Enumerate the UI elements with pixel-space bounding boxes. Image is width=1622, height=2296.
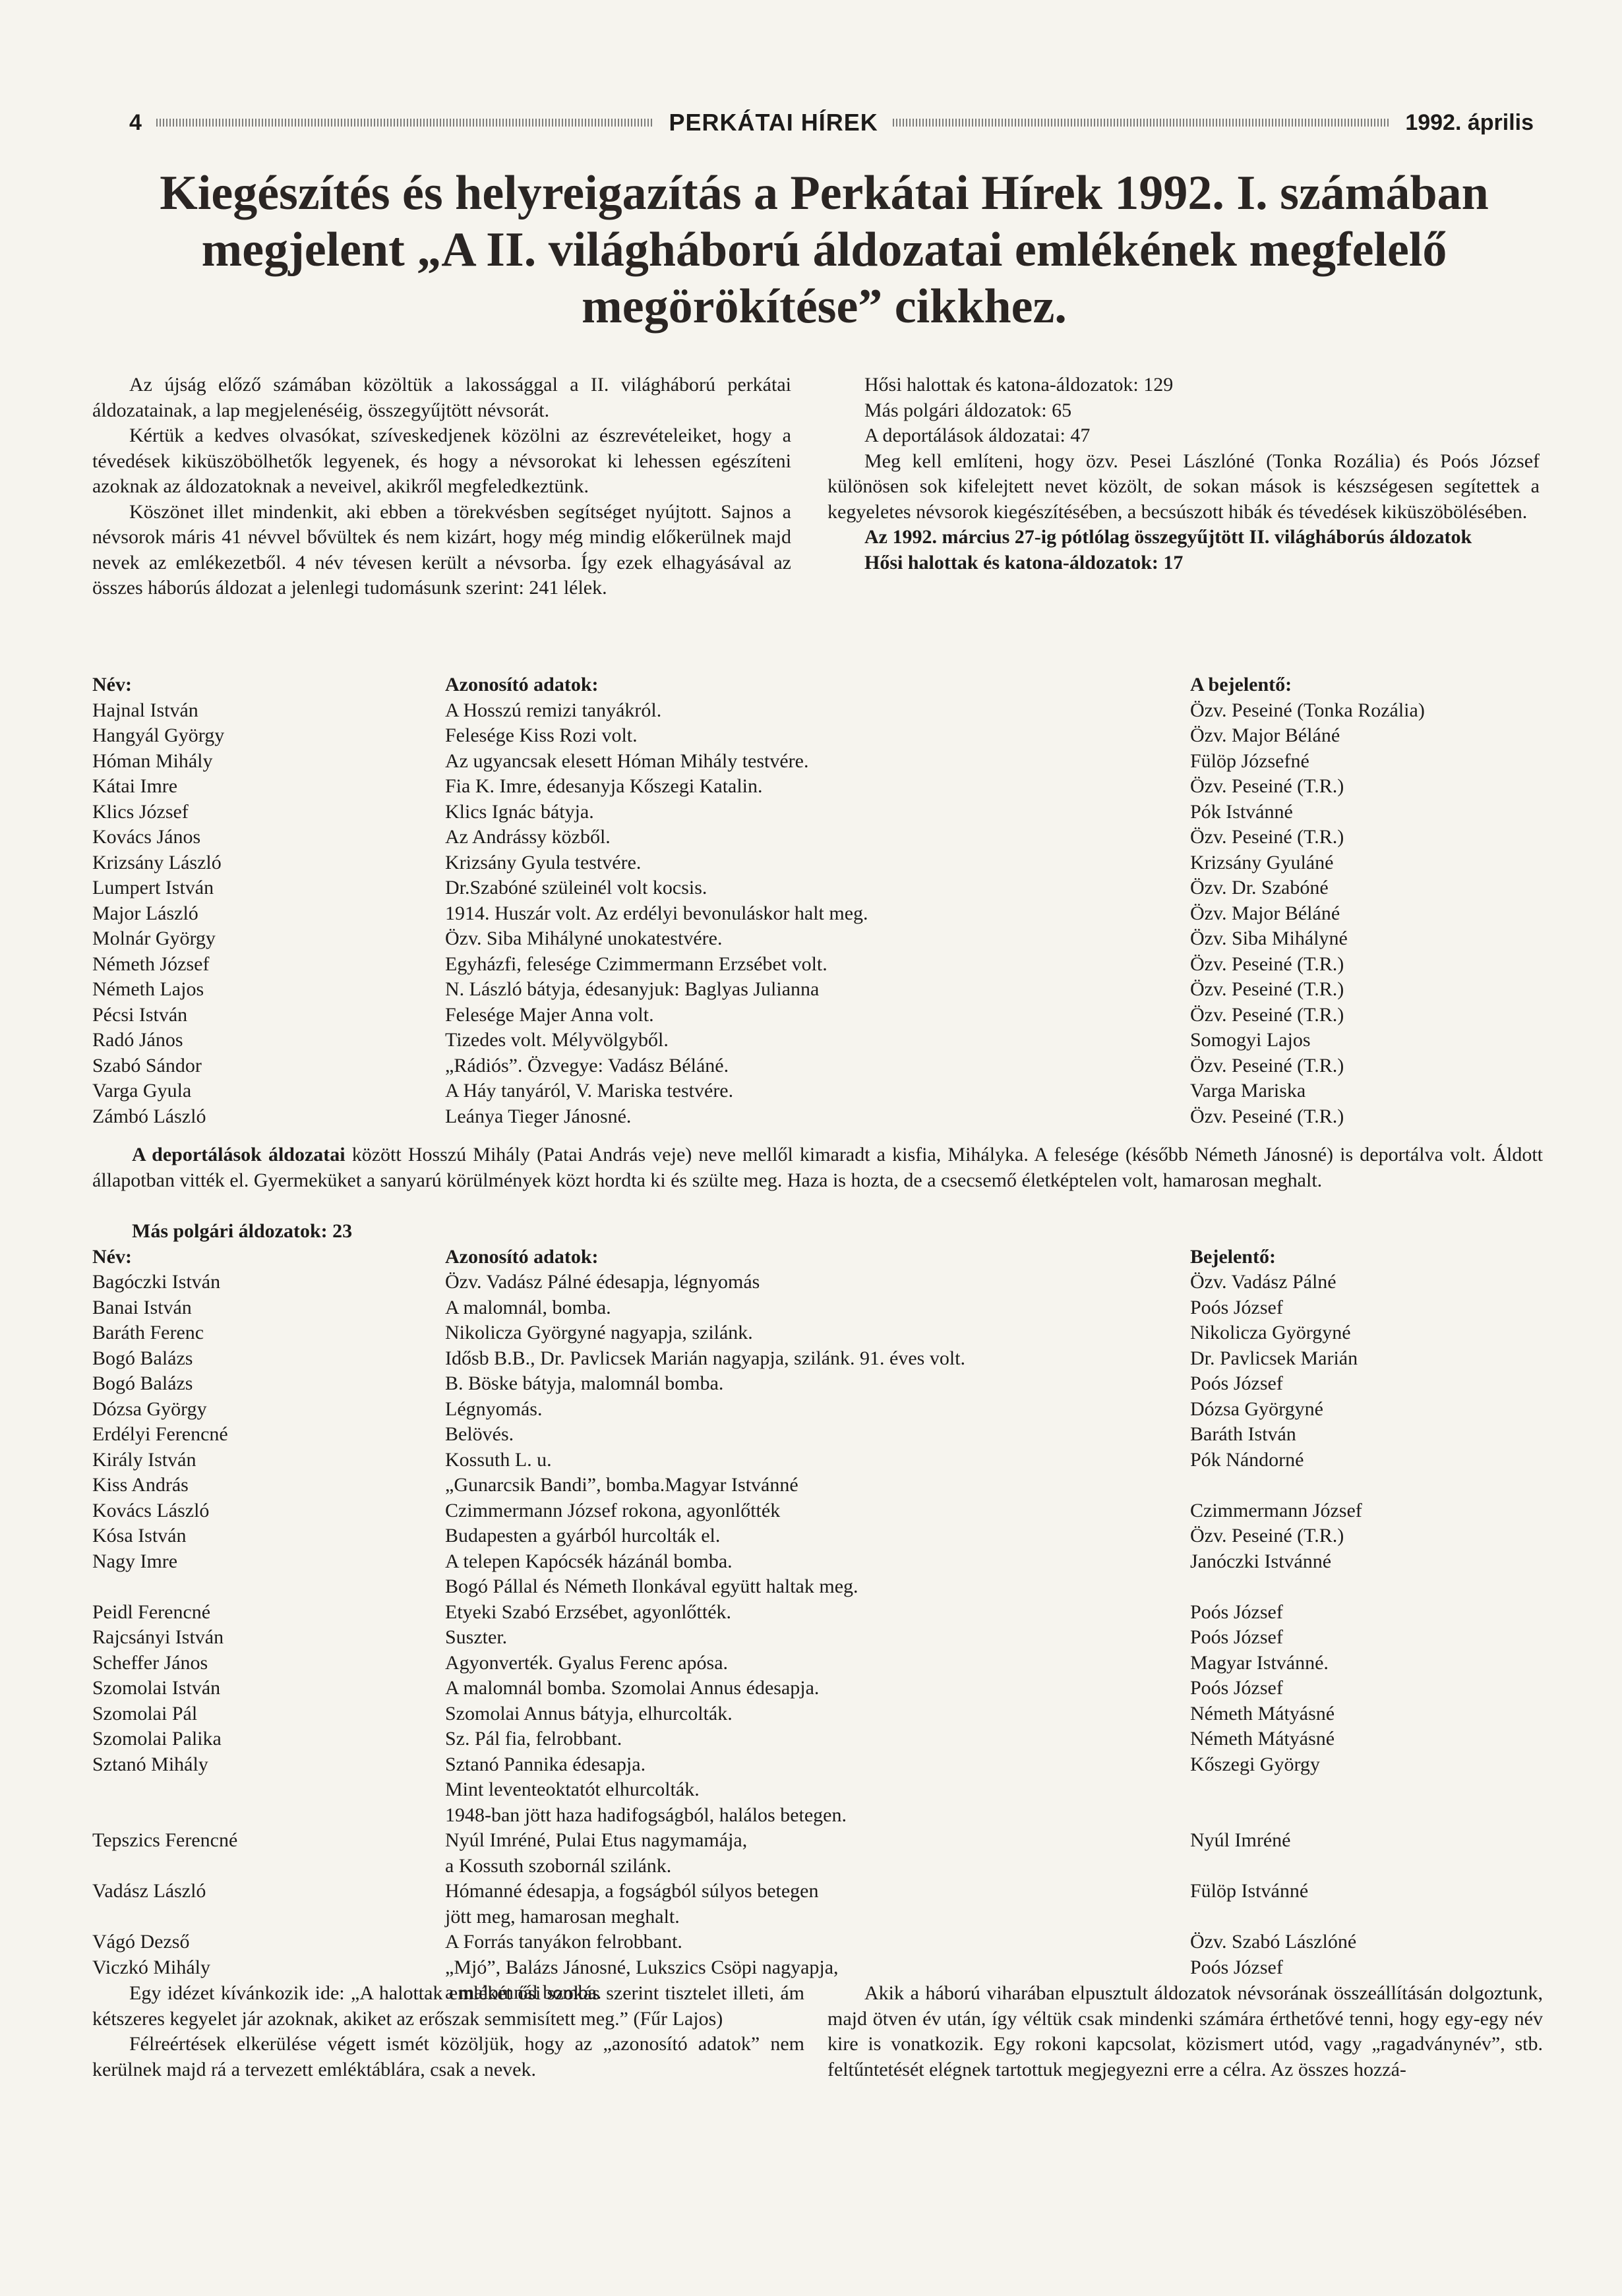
reporter-name: Nyúl Imréné <box>1190 1828 1543 1854</box>
reporter-name: Özv. Peseiné (T.R.) <box>1190 1003 1543 1028</box>
deportation-lead: A deportálások áldozatai <box>132 1144 345 1165</box>
reporter-name: Özv. Peseiné (T.R.) <box>1190 1523 1543 1549</box>
col-id-header: Azonosító adatok: <box>445 672 1190 698</box>
victim-name: Scheffer János <box>92 1651 445 1676</box>
reporter-name: Baráth István <box>1190 1422 1543 1448</box>
reporter-name <box>1190 1574 1543 1600</box>
table-row: Sztanó MihálySztanó Pannika édesapja.Kős… <box>92 1752 1543 1778</box>
reporter-name: Poós József <box>1190 1955 1543 1981</box>
table-row: Pécsi IstvánFelesége Majer Anna volt.Özv… <box>92 1003 1543 1028</box>
identifying-data: Nikolicza Györgyné nagyapja, szilánk. <box>445 1320 1190 1346</box>
reporter-name: Czimmermann József <box>1190 1498 1543 1524</box>
identifying-data: Suszter. <box>445 1625 1190 1651</box>
identifying-data: Az Andrássy közből. <box>445 825 1190 850</box>
identifying-data: Szomolai Annus bátyja, elhurcolták. <box>445 1701 1190 1727</box>
table-row: Hangyál GyörgyFelesége Kiss Rozi volt.Öz… <box>92 723 1543 749</box>
table-row: Vadász LászlóHómanné édesapja, a fogságb… <box>92 1879 1543 1904</box>
identifying-data: Az ugyancsak elesett Hóman Mihály testvé… <box>445 749 1190 775</box>
table-row: Kiss András„Gunarcsik Bandi”, bomba.Magy… <box>92 1473 1543 1498</box>
reporter-name: Özv. Peseiné (T.R.) <box>1190 825 1543 850</box>
table-row: a Kossuth szobornál szilánk. <box>92 1854 1543 1879</box>
victim-name <box>92 1854 445 1879</box>
table-row: Kovács JánosAz Andrássy közből.Özv. Pese… <box>92 825 1543 850</box>
intro-left-column: Az újság előző számában közöltük a lakos… <box>92 372 791 601</box>
reporter-name: Özv. Szabó Lászlóné <box>1190 1929 1543 1955</box>
victim-name: Kátai Imre <box>92 774 445 800</box>
reporter-name: Özv. Dr. Szabóné <box>1190 875 1543 901</box>
identifying-data: Felesége Majer Anna volt. <box>445 1003 1190 1028</box>
reporter-name <box>1190 1854 1543 1879</box>
victim-name: Szomolai Pál <box>92 1701 445 1727</box>
identifying-data: Idősb B.B., Dr. Pavlicsek Marián nagyapj… <box>445 1346 1190 1372</box>
count-line: Más polgári áldozatok: 65 <box>827 398 1540 424</box>
section-heading: Más polgári áldozatok: 23 <box>92 1219 1543 1245</box>
victim-name: Tepszics Ferencné <box>92 1828 445 1854</box>
intro-paragraph: Köszönet illet mindenkit, aki ebben a tö… <box>92 500 791 601</box>
identifying-data: Dr.Szabóné szüleinél volt kocsis. <box>445 875 1190 901</box>
identifying-data: Belövés. <box>445 1422 1190 1448</box>
identifying-data: Özv. Vadász Pálné édesapja, légnyomás <box>445 1270 1190 1295</box>
identifying-data: A Háy tanyáról, V. Mariska testvére. <box>445 1078 1190 1104</box>
civilians-table: Más polgári áldozatok: 23 Név: Azonosító… <box>92 1219 1543 2006</box>
identifying-data: Egyházfi, felesége Czimmermann Erzsébet … <box>445 952 1190 978</box>
reporter-name: Németh Mátyásné <box>1190 1726 1543 1752</box>
soldiers-table: Név: Azonosító adatok: A bejelentő: Hajn… <box>92 672 1543 1129</box>
victim-name: Bagóczki István <box>92 1270 445 1295</box>
table-row: Tepszics FerencnéNyúl Imréné, Pulai Etus… <box>92 1828 1543 1854</box>
count-line: Hősi halottak és katona-áldozatok: 129 <box>827 372 1540 398</box>
reporter-name: Özv. Major Béláné <box>1190 901 1543 927</box>
victim-name: Viczkó Mihály <box>92 1955 445 1981</box>
table-row: Erdélyi FerencnéBelövés.Baráth István <box>92 1422 1543 1448</box>
victim-name: Kósa István <box>92 1523 445 1549</box>
identifying-data: 1914. Huszár volt. Az erdélyi bevonulásk… <box>445 901 1190 927</box>
reporter-name: Poós József <box>1190 1295 1543 1321</box>
victim-name: Molnár György <box>92 926 445 952</box>
reporter-name: Dr. Pavlicsek Marián <box>1190 1346 1543 1372</box>
victim-name: Hangyál György <box>92 723 445 749</box>
intro-right-column: Hősi halottak és katona-áldozatok: 129 M… <box>827 372 1540 575</box>
identifying-data: Krizsány Gyula testvére. <box>445 850 1190 876</box>
victim-name: Hajnal István <box>92 698 445 724</box>
victim-name: Krizsány László <box>92 850 445 876</box>
reporter-name: Fülöp Józsefné <box>1190 749 1543 775</box>
reporter-name: Özv. Peseiné (T.R.) <box>1190 1104 1543 1130</box>
page-header: 4 PERKÁTAI HÍREK 1992. április <box>129 105 1534 140</box>
victim-name: Peidl Ferencné <box>92 1600 445 1626</box>
victim-name: Kovács János <box>92 825 445 850</box>
identifying-data: „Gunarcsik Bandi”, bomba.Magyar Istvánné <box>445 1473 1190 1498</box>
deportation-paragraph: A deportálások áldozatai között Hosszú M… <box>92 1142 1543 1193</box>
identifying-data: A malomnál, bomba. <box>445 1295 1190 1321</box>
table-row: Dózsa GyörgyLégnyomás.Dózsa Györgyné <box>92 1397 1543 1423</box>
identifying-data: Klics Ignác bátyja. <box>445 800 1190 825</box>
table-row: Mint leventeoktatót elhurcolták. <box>92 1777 1543 1803</box>
table-row: Kátai ImreFia K. Imre, édesanyja Kőszegi… <box>92 774 1543 800</box>
identifying-data: Tizedes volt. Mélyvölgyből. <box>445 1028 1190 1053</box>
victim-name: Banai István <box>92 1295 445 1321</box>
reporter-name: Özv. Siba Mihályné <box>1190 926 1543 952</box>
table-row: Bogó BalázsIdősb B.B., Dr. Pavlicsek Mar… <box>92 1346 1543 1372</box>
identifying-data: Leánya Tieger Jánosné. <box>445 1104 1190 1130</box>
intro-paragraph: Kértük a kedves olvasókat, szíveskedjene… <box>92 423 791 500</box>
identifying-data: Légnyomás. <box>445 1397 1190 1423</box>
table-row: Szabó Sándor„Rádiós”. Özvegye: Vadász Bé… <box>92 1053 1543 1079</box>
victim-name: Vágó Dezső <box>92 1929 445 1955</box>
victim-name: Dózsa György <box>92 1397 445 1423</box>
table-row: Szomolai PálSzomolai Annus bátyja, elhur… <box>92 1701 1543 1727</box>
clarification-paragraph: Félreértések elkerülése végett ismét köz… <box>92 2032 804 2082</box>
reporter-name: Varga Mariska <box>1190 1078 1543 1104</box>
table-row: Varga GyulaA Háy tanyáról, V. Mariska te… <box>92 1078 1543 1104</box>
table-row: Kovács LászlóCzimmermann József rokona, … <box>92 1498 1543 1524</box>
victim-name: Szomolai István <box>92 1676 445 1701</box>
reporter-name: Janóczki Istvánné <box>1190 1549 1543 1575</box>
identifying-data: 1948-ban jött haza hadifogságból, halálo… <box>445 1803 1190 1829</box>
victim-name: Kiss András <box>92 1473 445 1498</box>
table-row: Baráth FerencNikolicza Györgyné nagyapja… <box>92 1320 1543 1346</box>
table-row: Bogó BalázsB. Böske bátyja, malomnál bom… <box>92 1371 1543 1397</box>
identifying-data: „Rádiós”. Özvegye: Vadász Béláné. <box>445 1053 1190 1079</box>
identifying-data: Fia K. Imre, édesanyja Kőszegi Katalin. <box>445 774 1190 800</box>
footer-left-column: Egy idézet kívánkozik ide: „A halottak e… <box>92 1981 804 2082</box>
table-row: Radó JánosTizedes volt. Mélyvölgyből.Som… <box>92 1028 1543 1053</box>
page-number: 4 <box>129 110 142 136</box>
table-row: Klics JózsefKlics Ignác bátyja.Pók Istvá… <box>92 800 1543 825</box>
reporter-name: Kőszegi György <box>1190 1752 1543 1778</box>
table-row: Hóman MihályAz ugyancsak elesett Hóman M… <box>92 749 1543 775</box>
reporter-name: Özv. Peseiné (T.R.) <box>1190 774 1543 800</box>
reporter-name: Özv. Peseiné (T.R.) <box>1190 1053 1543 1079</box>
footer-right-column: Akik a háború viharában elpusztult áldoz… <box>827 1981 1543 2082</box>
victim-name: Radó János <box>92 1028 445 1053</box>
reporter-name <box>1190 1473 1543 1498</box>
masthead: PERKÁTAI HÍREK <box>669 109 878 136</box>
reporter-name <box>1190 1803 1543 1829</box>
issue-date: 1992. április <box>1405 110 1534 136</box>
reporter-name: Özv. Peseiné (T.R.) <box>1190 977 1543 1003</box>
reporter-name: Özv. Peseiné (T.R.) <box>1190 952 1543 978</box>
table-row: 1948-ban jött haza hadifogságból, halálo… <box>92 1803 1543 1829</box>
col-reporter-header: Bejelentő: <box>1190 1245 1543 1270</box>
table-row: Zámbó LászlóLeánya Tieger Jánosné.Özv. P… <box>92 1104 1543 1130</box>
reporter-name: Özv. Peseiné (Tonka Rozália) <box>1190 698 1543 724</box>
identifying-data: a Kossuth szobornál szilánk. <box>445 1854 1190 1879</box>
table-row: Scheffer JánosAgyonverték. Gyalus Ferenc… <box>92 1651 1543 1676</box>
identifying-data: A telepen Kapócsék házánál bomba. <box>445 1549 1190 1575</box>
table-row: Bogó Pállal és Németh Ilonkával együtt h… <box>92 1574 1543 1600</box>
identifying-data: Sztanó Pannika édesapja. <box>445 1752 1190 1778</box>
table-row: Banai IstvánA malomnál, bomba.Poós Józse… <box>92 1295 1543 1321</box>
reporter-name: Özv. Major Béláné <box>1190 723 1543 749</box>
article-title: Kiegészítés és helyreigazítás a Perkátai… <box>119 165 1530 335</box>
victim-name: Szomolai Palika <box>92 1726 445 1752</box>
dotted-rule-left <box>156 119 655 127</box>
reporter-name: Pók Nándorné <box>1190 1448 1543 1473</box>
victim-name: Varga Gyula <box>92 1078 445 1104</box>
reporter-name: Pók Istvánné <box>1190 800 1543 825</box>
col-reporter-header: A bejelentő: <box>1190 672 1543 698</box>
victim-name: Lumpert István <box>92 875 445 901</box>
victim-name: Rajcsányi István <box>92 1625 445 1651</box>
victim-name: Király István <box>92 1448 445 1473</box>
table-row: Hajnal IstvánA Hosszú remizi tanyákról.Ö… <box>92 698 1543 724</box>
victim-name: Sztanó Mihály <box>92 1752 445 1778</box>
reporter-name: Nikolicza Györgyné <box>1190 1320 1543 1346</box>
table-row: Krizsány LászlóKrizsány Gyula testvére.K… <box>92 850 1543 876</box>
identifying-data: Nyúl Imréné, Pulai Etus nagymamája, <box>445 1828 1190 1854</box>
identifying-data: A Forrás tanyákon felrobbant. <box>445 1929 1190 1955</box>
reporter-name: Poós József <box>1190 1676 1543 1701</box>
identifying-data: Etyeki Szabó Erzsébet, agyonlőtték. <box>445 1600 1190 1626</box>
victim-name: Szabó Sándor <box>92 1053 445 1079</box>
victim-name: Kovács László <box>92 1498 445 1524</box>
identifying-data: Felesége Kiss Rozi volt. <box>445 723 1190 749</box>
identifying-data: A Hosszú remizi tanyákról. <box>445 698 1190 724</box>
table-row: Németh LajosN. László bátyja, édesanyjuk… <box>92 977 1543 1003</box>
table-row: jött meg, hamarosan meghalt. <box>92 1904 1543 1930</box>
identifying-data: A malomnál bomba. Szomolai Annus édesapj… <box>445 1676 1190 1701</box>
reporter-name <box>1190 1904 1543 1930</box>
reporter-name: Németh Mátyásné <box>1190 1701 1543 1727</box>
supplement-heading: Az 1992. március 27-ig pótlólag összegyű… <box>827 525 1540 550</box>
victim-name: Klics József <box>92 800 445 825</box>
table-row: Molnár GyörgyÖzv. Siba Mihályné unokates… <box>92 926 1543 952</box>
table-row: Viczkó Mihály„Mjó”, Balázs Jánosné, Luks… <box>92 1955 1543 1981</box>
table-row: Vágó DezsőA Forrás tanyákon felrobbant.Ö… <box>92 1929 1543 1955</box>
identifying-data: Sz. Pál fia, felrobbant. <box>445 1726 1190 1752</box>
section-heading: Hősi halottak és katona-áldozatok: 17 <box>827 550 1540 576</box>
victim-name: Vadász László <box>92 1879 445 1904</box>
victim-name: Nagy Imre <box>92 1549 445 1575</box>
table-row: Peidl FerencnéEtyeki Szabó Erzsébet, agy… <box>92 1600 1543 1626</box>
reporter-name: Somogyi Lajos <box>1190 1028 1543 1053</box>
col-name-header: Név: <box>92 672 445 698</box>
victim-name: Hóman Mihály <box>92 749 445 775</box>
identifying-data: Czimmermann József rokona, agyonlőtték <box>445 1498 1190 1524</box>
thanks-paragraph: Meg kell említeni, hogy özv. Pesei Lászl… <box>827 449 1540 525</box>
reporter-name: Dózsa Györgyné <box>1190 1397 1543 1423</box>
identifying-data: Hómanné édesapja, a fogságból súlyos bet… <box>445 1879 1190 1904</box>
reporter-name: Krizsány Gyuláné <box>1190 850 1543 876</box>
reporter-name: Poós József <box>1190 1600 1543 1626</box>
reporter-name: Fülöp Istvánné <box>1190 1879 1543 1904</box>
table-header: Név: Azonosító adatok: A bejelentő: <box>92 672 1543 698</box>
table-row: Lumpert IstvánDr.Szabóné szüleinél volt … <box>92 875 1543 901</box>
identifying-data: Mint leventeoktatót elhurcolták. <box>445 1777 1190 1803</box>
victim-name: Pécsi István <box>92 1003 445 1028</box>
reporter-name: Poós József <box>1190 1371 1543 1397</box>
victim-name: Németh Lajos <box>92 977 445 1003</box>
table-row: Major László1914. Huszár volt. Az erdély… <box>92 901 1543 927</box>
dotted-rule-right <box>893 119 1391 127</box>
table-row: Kósa IstvánBudapesten a gyárból hurcoltá… <box>92 1523 1543 1549</box>
intro-paragraph: Az újság előző számában közöltük a lakos… <box>92 372 791 423</box>
identifying-data: Agyonverték. Gyalus Ferenc apósa. <box>445 1651 1190 1676</box>
identifying-data: Budapesten a gyárból hurcolták el. <box>445 1523 1190 1549</box>
victim-name <box>92 1777 445 1803</box>
table-row: Bagóczki IstvánÖzv. Vadász Pálné édesapj… <box>92 1270 1543 1295</box>
table-row: Király IstvánKossuth L. u.Pók Nándorné <box>92 1448 1543 1473</box>
victim-name: Bogó Balázs <box>92 1346 445 1372</box>
table-header: Név: Azonosító adatok: Bejelentő: <box>92 1245 1543 1270</box>
victim-name <box>92 1904 445 1930</box>
col-id-header: Azonosító adatok: <box>445 1245 1190 1270</box>
identifying-data: N. László bátyja, édesanyjuk: Baglyas Ju… <box>445 977 1190 1003</box>
closing-paragraph: Akik a háború viharában elpusztult áldoz… <box>827 1981 1543 2082</box>
identifying-data: Kossuth L. u. <box>445 1448 1190 1473</box>
victim-name: Zámbó László <box>92 1104 445 1130</box>
count-line: A deportálások áldozatai: 47 <box>827 423 1540 449</box>
identifying-data: jött meg, hamarosan meghalt. <box>445 1904 1190 1930</box>
col-name-header: Név: <box>92 1245 445 1270</box>
table-row: Rajcsányi IstvánSuszter.Poós József <box>92 1625 1543 1651</box>
identifying-data: B. Böske bátyja, malomnál bomba. <box>445 1371 1190 1397</box>
reporter-name: Özv. Vadász Pálné <box>1190 1270 1543 1295</box>
victim-name <box>92 1574 445 1600</box>
table-row: Szomolai PalikaSz. Pál fia, felrobbant.N… <box>92 1726 1543 1752</box>
victim-name: Major László <box>92 901 445 927</box>
identifying-data: „Mjó”, Balázs Jánosné, Lukszics Csöpi na… <box>445 1955 1190 1981</box>
reporter-name: Magyar Istvánné. <box>1190 1651 1543 1676</box>
victim-name: Erdélyi Ferencné <box>92 1422 445 1448</box>
deportation-note: A deportálások áldozatai között Hosszú M… <box>92 1142 1543 1193</box>
reporter-name: Poós József <box>1190 1625 1543 1651</box>
table-row: Szomolai IstvánA malomnál bomba. Szomola… <box>92 1676 1543 1701</box>
table-row: Nagy ImreA telepen Kapócsék házánál bomb… <box>92 1549 1543 1575</box>
identifying-data: Bogó Pállal és Németh Ilonkával együtt h… <box>445 1574 1190 1600</box>
quote-paragraph: Egy idézet kívánkozik ide: „A halottak e… <box>92 1981 804 2032</box>
victim-name: Baráth Ferenc <box>92 1320 445 1346</box>
victim-name: Bogó Balázs <box>92 1371 445 1397</box>
identifying-data: Özv. Siba Mihályné unokatestvére. <box>445 926 1190 952</box>
table-row: Németh JózsefEgyházfi, felesége Czimmerm… <box>92 952 1543 978</box>
victim-name <box>92 1803 445 1829</box>
reporter-name <box>1190 1777 1543 1803</box>
victim-name: Németh József <box>92 952 445 978</box>
